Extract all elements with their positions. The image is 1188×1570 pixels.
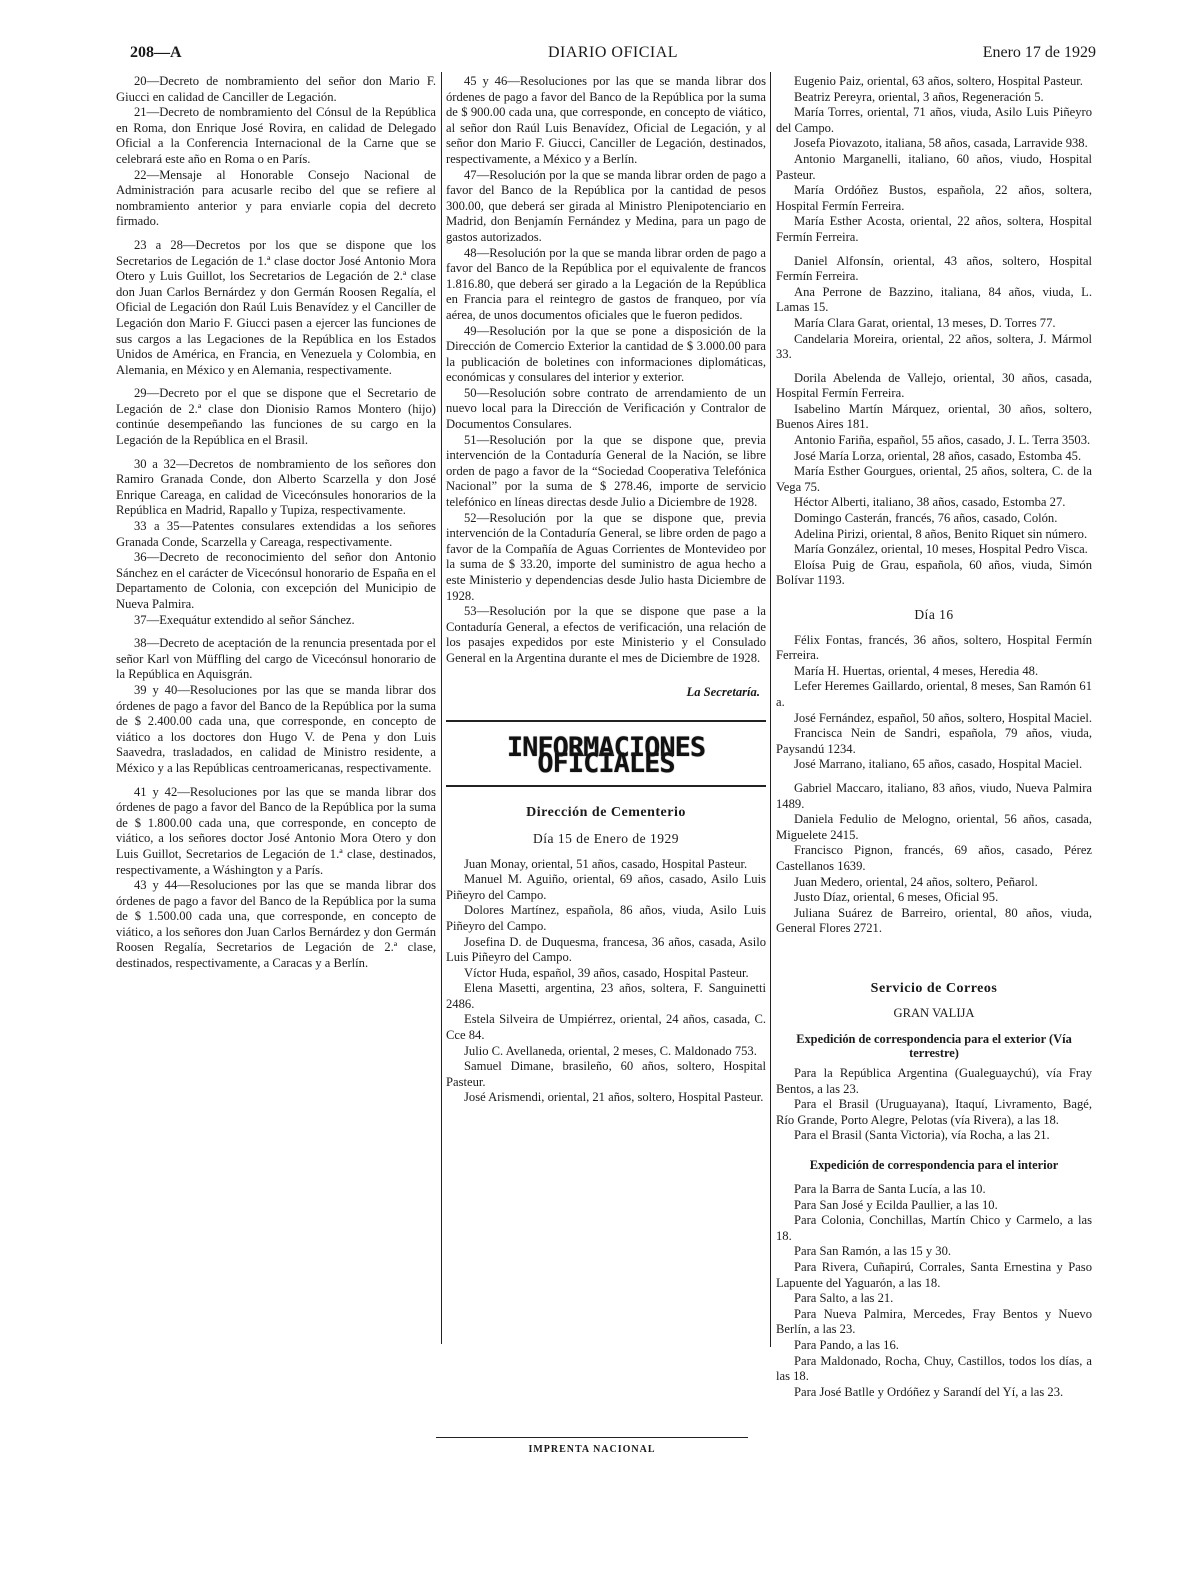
- mail-route: Para Pando, a las 16.: [776, 1338, 1092, 1354]
- mail-route: Para Colonia, Conchillas, Martín Chico y…: [776, 1213, 1092, 1244]
- section-banner: INFORMACIONES OFICIALES: [446, 722, 766, 785]
- register-entry: Gabriel Maccaro, italiano, 83 años, viud…: [776, 781, 1092, 812]
- mail-route: Para José Batlle y Ordóñez y Sarandí del…: [776, 1385, 1092, 1401]
- register-entry: Francisco Pignon, francés, 69 años, casa…: [776, 843, 1092, 874]
- register-entry: María Esther Acosta, oriental, 22 años, …: [776, 214, 1092, 245]
- register-entry: José Fernández, español, 50 años, solter…: [776, 711, 1092, 727]
- rule: [446, 785, 766, 787]
- register-entry: Eugenio Paiz, oriental, 63 años, soltero…: [776, 74, 1092, 90]
- resolution-item: 52—Resolución por la que se dispone que,…: [446, 511, 766, 605]
- register-entry: María González, oriental, 10 meses, Hosp…: [776, 542, 1092, 558]
- register-entry: José Arismendi, oriental, 21 años, solte…: [446, 1090, 766, 1106]
- register-entry: Eloísa Puig de Grau, española, 60 años, …: [776, 558, 1092, 589]
- mail-route: Para Nueva Palmira, Mercedes, Fray Bento…: [776, 1307, 1092, 1338]
- register-entry: José María Lorza, oriental, 28 años, cas…: [776, 449, 1092, 465]
- register-entry: Francisca Nein de Sandri, española, 79 a…: [776, 726, 1092, 757]
- column-3: Eugenio Paiz, oriental, 63 años, soltero…: [776, 74, 1092, 1400]
- register-entry: Adelina Pirizi, oriental, 8 años, Benito…: [776, 527, 1092, 543]
- register-entry: Beatriz Pereyra, oriental, 3 años, Regen…: [776, 90, 1092, 106]
- mail-schedule-interior: Para la Barra de Santa Lucía, a las 10.P…: [776, 1182, 1092, 1400]
- register-entry: José Marrano, italiano, 65 años, casado,…: [776, 757, 1092, 773]
- register-entry: Julio C. Avellaneda, oriental, 2 meses, …: [446, 1044, 766, 1060]
- issue-date: Enero 17 de 1929: [983, 44, 1096, 62]
- register-entry: Daniela Fedulio de Melogno, oriental, 56…: [776, 812, 1092, 843]
- mail-route: Para Rivera, Cuñapirú, Corrales, Santa E…: [776, 1260, 1092, 1291]
- register-entry: Samuel Dimane, brasileño, 60 años, solte…: [446, 1059, 766, 1090]
- column-divider: [770, 72, 771, 1347]
- register-entry: Dolores Martínez, española, 86 años, viu…: [446, 903, 766, 934]
- register-entry: Isabelino Martín Márquez, oriental, 30 a…: [776, 402, 1092, 433]
- decree-item: 29—Decreto por el que se dispone que el …: [116, 386, 436, 448]
- rule: [436, 1437, 748, 1438]
- page-header: 208—A DIARIO OFICIAL Enero 17 de 1929: [130, 44, 1096, 66]
- mail-route: Para San José y Ecilda Paullier, a las 1…: [776, 1198, 1092, 1214]
- register-entry: Juan Medero, oriental, 24 años, soltero,…: [776, 875, 1092, 891]
- decree-item: 43 y 44—Resoluciones por las que se mand…: [116, 878, 436, 972]
- mail-route: Para San Ramón, a las 15 y 30.: [776, 1244, 1092, 1260]
- register-entry: Víctor Huda, español, 39 años, casado, H…: [446, 966, 766, 982]
- mail-schedule-exterior: Para la República Argentina (Gualeguaych…: [776, 1066, 1092, 1144]
- signature: La Secretaría.: [446, 685, 766, 701]
- section-title: Servicio de Correos: [776, 981, 1092, 997]
- decree-item: 36—Decreto de reconocimiento del señor d…: [116, 550, 436, 612]
- resolution-item: 49—Resolución por la que se pone a dispo…: [446, 324, 766, 386]
- subsection-title: GRAN VALIJA: [776, 1006, 1092, 1022]
- register-entry: Juliana Suárez de Barreiro, oriental, 80…: [776, 906, 1092, 937]
- resolution-item: 51—Resolución por la que se dispone que,…: [446, 433, 766, 511]
- register-entry: Félix Fontas, francés, 36 años, soltero,…: [776, 633, 1092, 664]
- publication-title: DIARIO OFICIAL: [130, 44, 1096, 62]
- mail-route: Para Salto, a las 21.: [776, 1291, 1092, 1307]
- decree-list: 20—Decreto de nombramiento del señor don…: [116, 74, 436, 972]
- register-entry: Elena Masetti, argentina, 23 años, solte…: [446, 981, 766, 1012]
- register-entry: Antonio Marganelli, italiano, 60 años, v…: [776, 152, 1092, 183]
- register-entry: Juan Monay, oriental, 51 años, casado, H…: [446, 857, 766, 873]
- decree-item: 37—Exequátur extendido al señor Sánchez.: [116, 613, 436, 629]
- resolution-item: 53—Resolución por la que se dispone que …: [446, 604, 766, 666]
- decree-item: 22—Mensaje al Honorable Consejo Nacional…: [116, 168, 436, 230]
- resolution-item: 50—Resolución sobre contrato de arrendam…: [446, 386, 766, 433]
- decree-item: 41 y 42—Resoluciones por las que se mand…: [116, 785, 436, 879]
- resolution-item: 48—Resolución por la que se manda librar…: [446, 246, 766, 324]
- register-entry: Lefer Heremes Gaillardo, oriental, 8 mes…: [776, 679, 1092, 710]
- register-entry: María Esther Gourgues, oriental, 25 años…: [776, 464, 1092, 495]
- day-title: Día 15 de Enero de 1929: [446, 831, 766, 847]
- register-entry: María H. Huertas, oriental, 4 meses, Her…: [776, 664, 1092, 680]
- register-entry: Justo Díaz, oriental, 6 meses, Oficial 9…: [776, 890, 1092, 906]
- informaciones-banner-block: INFORMACIONES OFICIALES: [446, 720, 766, 787]
- register-entry: Antonio Fariña, español, 55 años, casado…: [776, 433, 1092, 449]
- register-entry: Estela Silveira de Umpiérrez, oriental, …: [446, 1012, 766, 1043]
- column-divider: [441, 72, 442, 1344]
- resolution-item: 45 y 46—Resoluciones por las que se mand…: [446, 74, 766, 168]
- section-title: Dirección de Cementerio: [446, 805, 766, 821]
- death-register-list: Eugenio Paiz, oriental, 63 años, soltero…: [776, 74, 1092, 589]
- footer: IMPRENTA NACIONAL: [436, 1437, 748, 1455]
- mail-route: Para Maldonado, Rocha, Chuy, Castillos, …: [776, 1354, 1092, 1385]
- day-title: Día 16: [776, 607, 1092, 623]
- imprint: IMPRENTA NACIONAL: [436, 1444, 748, 1455]
- register-entry: María Ordóñez Bustos, española, 22 años,…: [776, 183, 1092, 214]
- mail-route: Para el Brasil (Santa Victoria), vía Roc…: [776, 1128, 1092, 1144]
- register-entry: Domingo Casterán, francés, 76 años, casa…: [776, 511, 1092, 527]
- column-1: 20—Decreto de nombramiento del señor don…: [116, 74, 436, 972]
- mail-route: Para la Barra de Santa Lucía, a las 10.: [776, 1182, 1092, 1198]
- mail-route: Para el Brasil (Uruguayana), Itaquí, Liv…: [776, 1097, 1092, 1128]
- subsection-title: Expedición de correspondencia para el ex…: [776, 1032, 1092, 1060]
- decree-item: 33 a 35—Patentes consulares extendidas a…: [116, 519, 436, 550]
- decree-item: 30 a 32—Decretos de nombramiento de los …: [116, 457, 436, 519]
- subsection-title: Expedición de correspondencia para el in…: [776, 1158, 1092, 1172]
- register-entry: Josefa Piovazoto, italiana, 58 años, cas…: [776, 136, 1092, 152]
- register-entry: Josefina D. de Duquesma, francesa, 36 añ…: [446, 935, 766, 966]
- register-entry: María Torres, oriental, 71 años, viuda, …: [776, 105, 1092, 136]
- register-entry: María Clara Garat, oriental, 13 meses, D…: [776, 316, 1092, 332]
- decree-item: 23 a 28—Decretos por los que se dispone …: [116, 238, 436, 378]
- resolution-list: 45 y 46—Resoluciones por las que se mand…: [446, 74, 766, 667]
- register-entry: Manuel M. Aguiño, oriental, 69 años, cas…: [446, 872, 766, 903]
- death-register-list: Félix Fontas, francés, 36 años, soltero,…: [776, 633, 1092, 937]
- resolution-item: 47—Resolución por la que se manda librar…: [446, 168, 766, 246]
- death-register-list: Juan Monay, oriental, 51 años, casado, H…: [446, 857, 766, 1107]
- decree-item: 20—Decreto de nombramiento del señor don…: [116, 74, 436, 105]
- register-entry: Ana Perrone de Bazzino, italiana, 84 año…: [776, 285, 1092, 316]
- decree-item: 38—Decreto de aceptación de la renuncia …: [116, 636, 436, 683]
- mail-route: Para la República Argentina (Gualeguaych…: [776, 1066, 1092, 1097]
- register-entry: Candelaria Moreira, oriental, 22 años, s…: [776, 332, 1092, 363]
- decree-item: 21—Decreto de nombramiento del Cónsul de…: [116, 105, 436, 167]
- column-2: 45 y 46—Resoluciones por las que se mand…: [446, 74, 766, 1106]
- decree-item: 39 y 40—Resoluciones por las que se mand…: [116, 683, 436, 777]
- register-entry: Héctor Alberti, italiano, 38 años, casad…: [776, 495, 1092, 511]
- register-entry: Daniel Alfonsín, oriental, 43 años, solt…: [776, 254, 1092, 285]
- register-entry: Dorila Abelenda de Vallejo, oriental, 30…: [776, 371, 1092, 402]
